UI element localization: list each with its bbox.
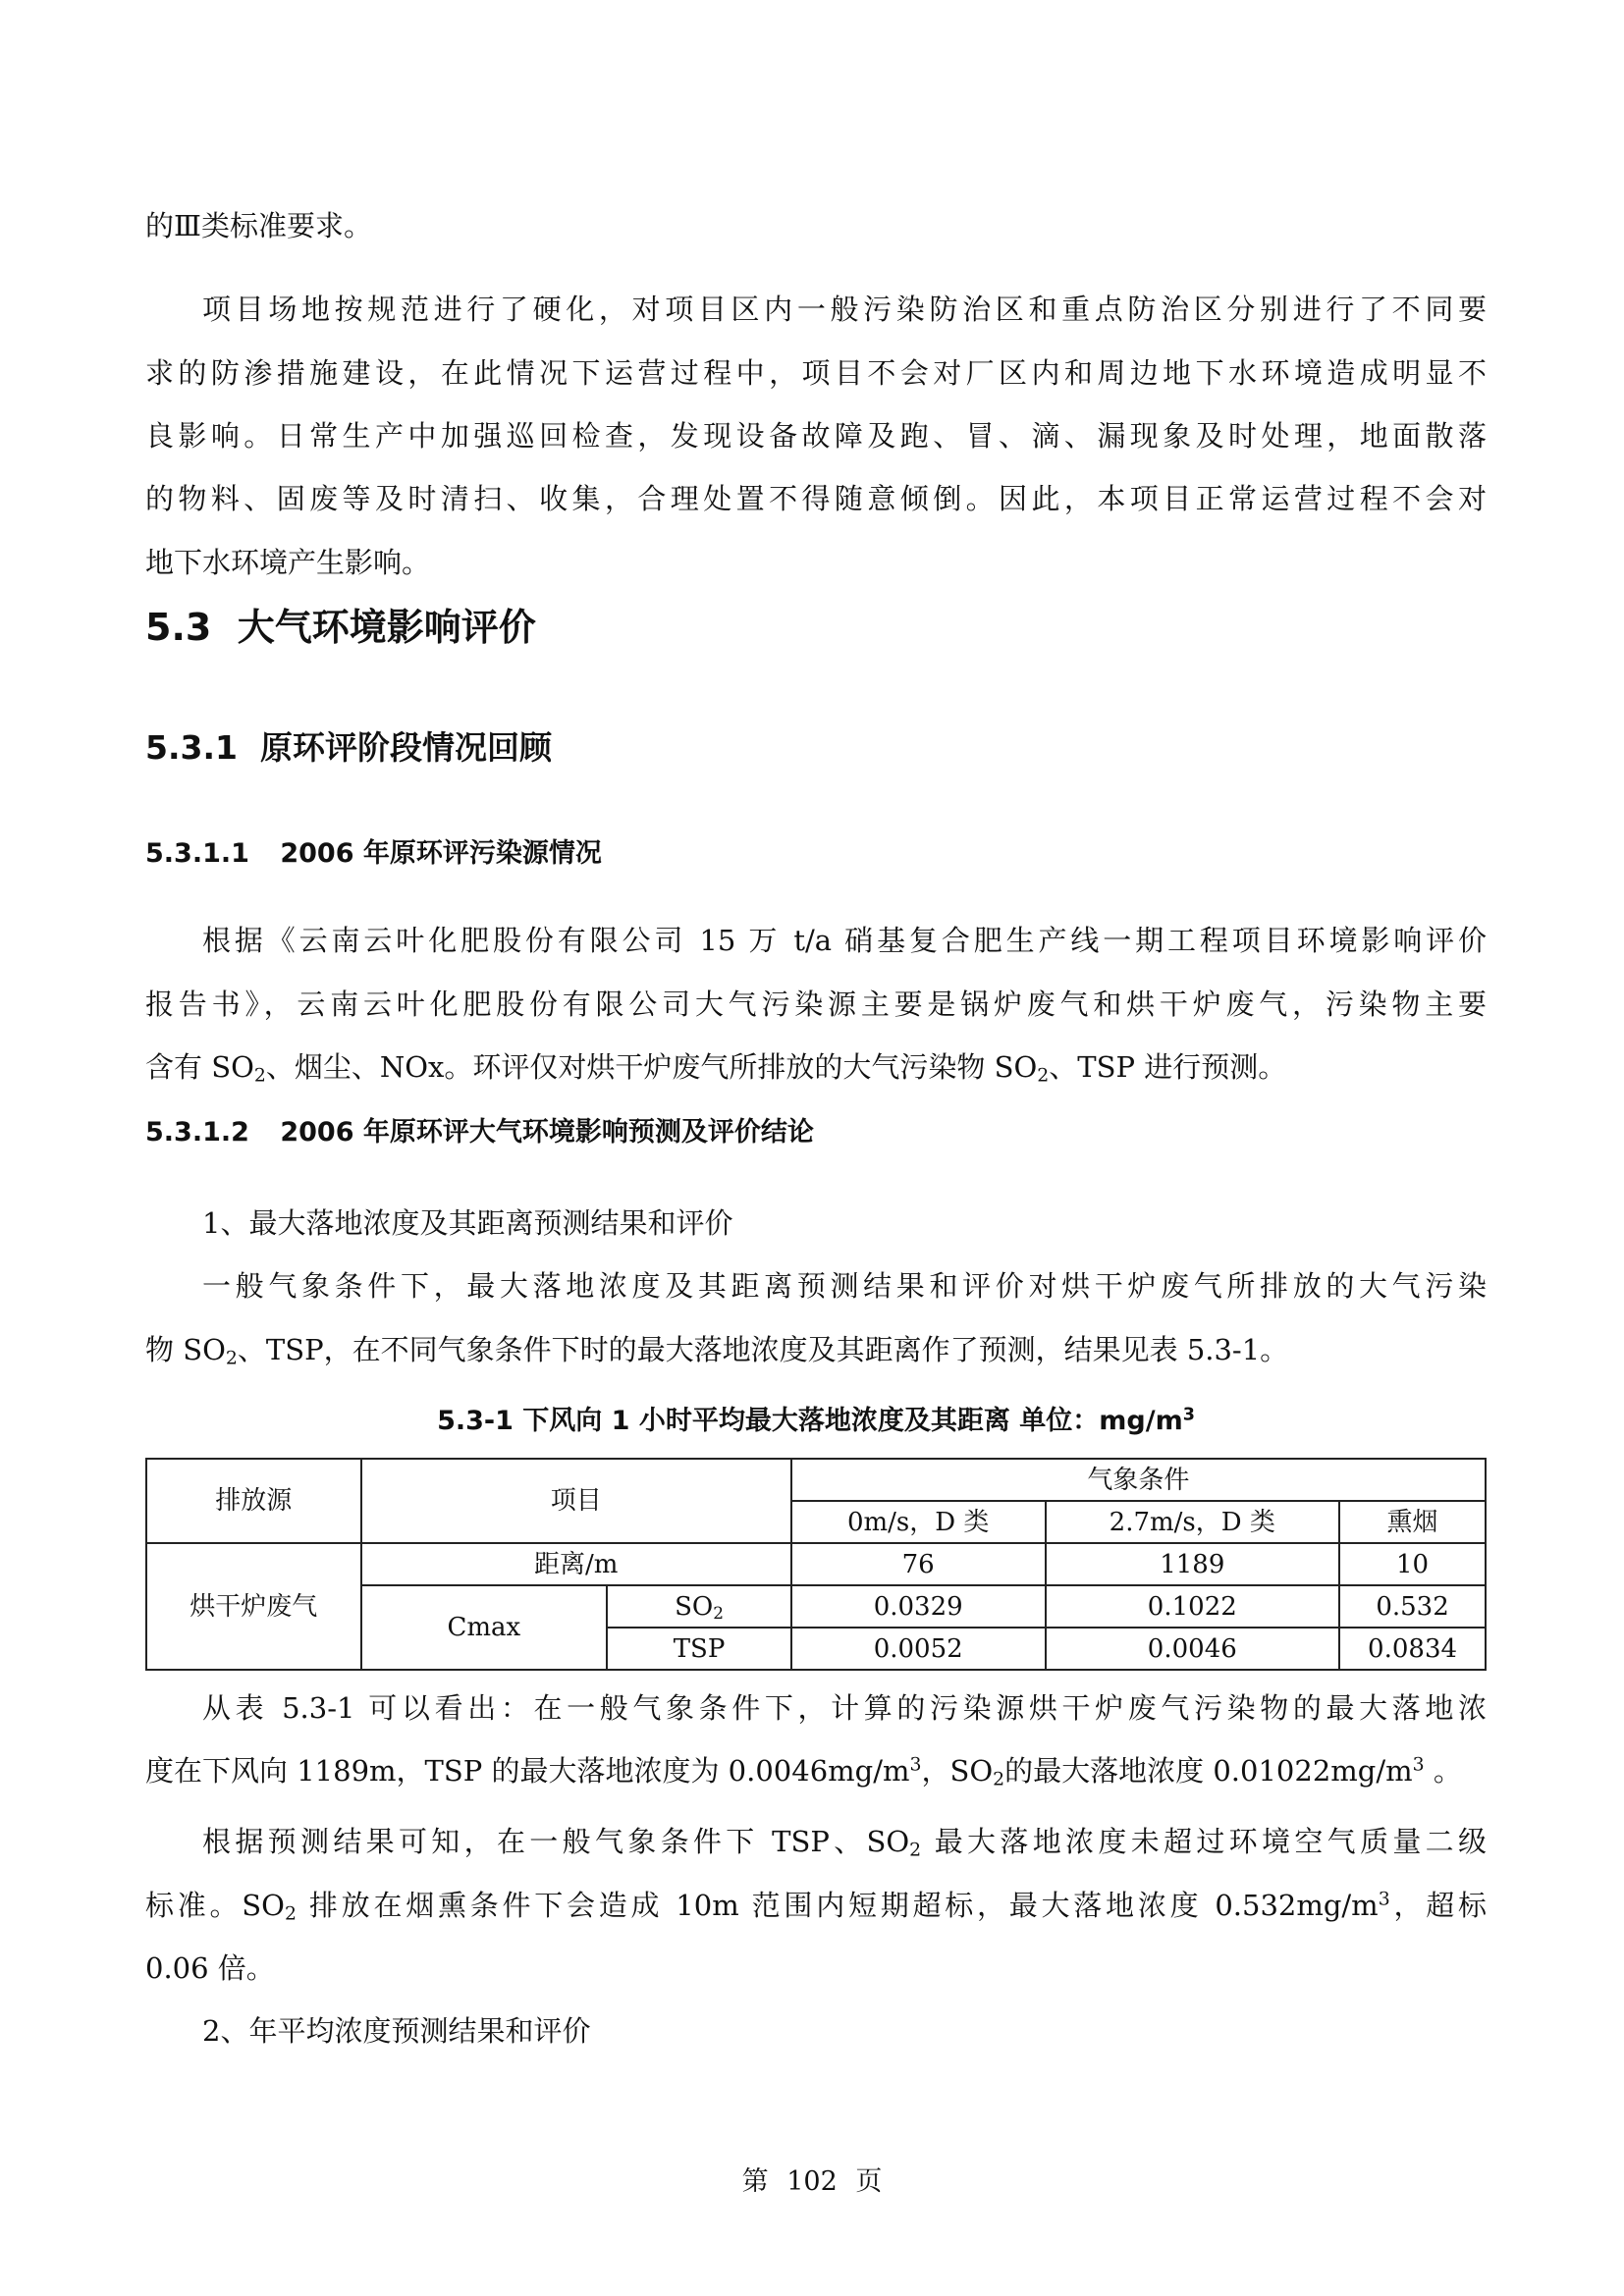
- item-1-title: 1、最大落地浓度及其距离预测结果和评价: [202, 1205, 1487, 1241]
- section-number: 5.3.1.2: [145, 1117, 249, 1148]
- section-title: 2006 年原环评大气环境影响预测及评价结论: [280, 1117, 814, 1148]
- section-heading-5-3: 5.3 大气环境影响评价: [145, 605, 536, 650]
- paragraph-line: 的Ⅲ类标准要求。: [145, 208, 1487, 243]
- subscript: 2: [713, 1603, 724, 1623]
- table-cell: 10: [1339, 1543, 1486, 1585]
- subscript: 2: [226, 1349, 238, 1369]
- table-cell: 0.0046: [1046, 1628, 1340, 1670]
- subscript: 2: [1037, 1066, 1049, 1087]
- paragraph-line: 标准。SO2 排放在烟熏条件下会造成 10m 范围内短期超标，最大落地浓度 0.…: [145, 1888, 1487, 1923]
- superscript: 3: [909, 1755, 921, 1776]
- source-cell: 烘干炉废气: [146, 1543, 361, 1670]
- table-cell: 0.1022: [1046, 1585, 1340, 1628]
- text: 含有 SO: [145, 1050, 254, 1084]
- text: 排放在烟熏条件下会造成 10m 范围内短期超标，最大落地浓度 0.532mg/m: [297, 1889, 1379, 1922]
- subscript: 2: [909, 1841, 921, 1861]
- section-title: 大气环境影响评价: [238, 606, 536, 649]
- text: 、烟尘、NOx。环评仅对烘干炉废气所排放的大气污染物 SO: [266, 1050, 1037, 1084]
- superscript: 3: [1413, 1755, 1425, 1776]
- paragraph-line: 报告书》，云南云叶化肥股份有限公司大气污染源主要是锅炉废气和烘干炉废气，污染物主…: [145, 987, 1487, 1022]
- text: 度在下风向 1189m，TSP 的最大落地浓度为 0.0046mg/m: [145, 1754, 909, 1788]
- subscript: 2: [254, 1066, 266, 1087]
- text: SO: [675, 1592, 713, 1622]
- distance-label: 距离/m: [361, 1543, 791, 1585]
- text: ，SO: [921, 1754, 993, 1788]
- page-number-footer: 第 102 页: [0, 2165, 1624, 2199]
- header-condition-0ms: 0m/s，D 类: [791, 1501, 1046, 1543]
- table-header-row: 排放源 项目 气象条件: [146, 1459, 1486, 1501]
- text: 最大落地浓度未超过环境空气质量二级: [921, 1825, 1487, 1858]
- text: 、TSP，在不同气象条件下时的最大落地浓度及其距离作了预测，结果见表 5.3-1…: [238, 1333, 1288, 1366]
- section-number: 5.3: [145, 606, 211, 649]
- section-heading-5-3-1-1: 5.3.1.1 2006 年原环评污染源情况: [145, 836, 602, 872]
- paragraph-line: 的物料、固废等及时清扫、收集，合理处置不得随意倾倒。因此，本项目正常运营过程不会…: [145, 481, 1487, 516]
- header-condition-fumigation: 熏烟: [1339, 1501, 1486, 1543]
- text: 标准。SO: [145, 1889, 285, 1922]
- section-number: 5.3.1: [145, 728, 238, 767]
- paragraph-line: 良影响。日常生产中加强巡回检查，发现设备故障及跑、冒、滴、漏现象及时处理，地面散…: [145, 418, 1487, 454]
- section-heading-5-3-1-2: 5.3.1.2 2006 年原环评大气环境影响预测及评价结论: [145, 1115, 814, 1150]
- table-cell: 0.532: [1339, 1585, 1486, 1628]
- paragraph-line: 根据预测结果可知，在一般气象条件下 TSP、SO2 最大落地浓度未超过环境空气质…: [202, 1824, 1487, 1859]
- paragraph-line: 地下水环境产生影响。: [145, 545, 1487, 580]
- table-cell: 0.0052: [791, 1628, 1046, 1670]
- table-row: 烘干炉废气 距离/m 76 1189 10: [146, 1543, 1486, 1585]
- paragraph-line: 求的防渗措施建设，在此情况下运营过程中，项目不会对厂区内和周边地下水环境造成明显…: [145, 355, 1487, 391]
- text: ，超标: [1390, 1889, 1487, 1922]
- text: 、TSP 进行预测。: [1049, 1050, 1286, 1084]
- text: 物 SO: [145, 1333, 226, 1366]
- section-number: 5.3.1.1: [145, 838, 249, 869]
- header-condition-2-7ms: 2.7m/s，D 类: [1046, 1501, 1340, 1543]
- section-heading-5-3-1: 5.3.1 原环评阶段情况回顾: [145, 727, 552, 769]
- concentration-table: 排放源 项目 气象条件 0m/s，D 类 2.7m/s，D 类 熏烟 烘干炉废气…: [145, 1458, 1487, 1671]
- paragraph-line: 物 SO2、TSP，在不同气象条件下时的最大落地浓度及其距离作了预测，结果见表 …: [145, 1332, 1487, 1367]
- table-cell: 0.0329: [791, 1585, 1046, 1628]
- header-item: 项目: [361, 1459, 791, 1543]
- header-conditions: 气象条件: [791, 1459, 1486, 1501]
- tsp-label: TSP: [607, 1628, 791, 1670]
- table-caption: 5.3-1 下风向 1 小时平均最大落地浓度及其距离 单位：mg/m3: [145, 1404, 1487, 1439]
- document-page: 的Ⅲ类标准要求。 项目场地按规范进行了硬化，对项目区内一般污染防治区和重点防治区…: [0, 0, 1624, 2296]
- paragraph-line: 度在下风向 1189m，TSP 的最大落地浓度为 0.0046mg/m3，SO2…: [145, 1753, 1487, 1789]
- paragraph-line: 0.06 倍。: [145, 1950, 1487, 1986]
- caption-text: 5.3-1 下风向 1 小时平均最大落地浓度及其距离 单位：mg/m: [437, 1406, 1183, 1436]
- superscript: 3: [1379, 1890, 1390, 1910]
- paragraph-line: 根据《云南云叶化肥股份有限公司 15 万 t/a 硝基复合肥生产线一期工程项目环…: [202, 923, 1487, 958]
- table-cell: 76: [791, 1543, 1046, 1585]
- text: 的最大落地浓度 0.01022mg/m: [1004, 1754, 1412, 1788]
- cmax-label: Cmax: [361, 1585, 608, 1670]
- text: 根据预测结果可知，在一般气象条件下 TSP、SO: [202, 1825, 909, 1858]
- paragraph-line: 一般气象条件下，最大落地浓度及其距离预测结果和评价对烘干炉废气所排放的大气污染: [202, 1268, 1487, 1304]
- header-source: 排放源: [146, 1459, 361, 1543]
- so2-label: SO2: [607, 1585, 791, 1628]
- paragraph-line: 项目场地按规范进行了硬化，对项目区内一般污染防治区和重点防治区分别进行了不同要: [202, 292, 1487, 327]
- item-2-title: 2、年平均浓度预测结果和评价: [202, 2013, 1487, 2049]
- section-title: 原环评阶段情况回顾: [260, 728, 552, 767]
- subscript: 2: [993, 1770, 1004, 1790]
- paragraph-line: 从表 5.3-1 可以看出：在一般气象条件下，计算的污染源烘干炉废气污染物的最大…: [202, 1690, 1487, 1726]
- paragraph-line: 含有 SO2、烟尘、NOx。环评仅对烘干炉废气所排放的大气污染物 SO2、TSP…: [145, 1049, 1487, 1085]
- section-title: 2006 年原环评污染源情况: [280, 838, 602, 869]
- subscript: 2: [285, 1904, 297, 1925]
- table-cell: 0.0834: [1339, 1628, 1486, 1670]
- superscript: 3: [1183, 1405, 1195, 1424]
- text: 。: [1425, 1754, 1462, 1788]
- table-cell: 1189: [1046, 1543, 1340, 1585]
